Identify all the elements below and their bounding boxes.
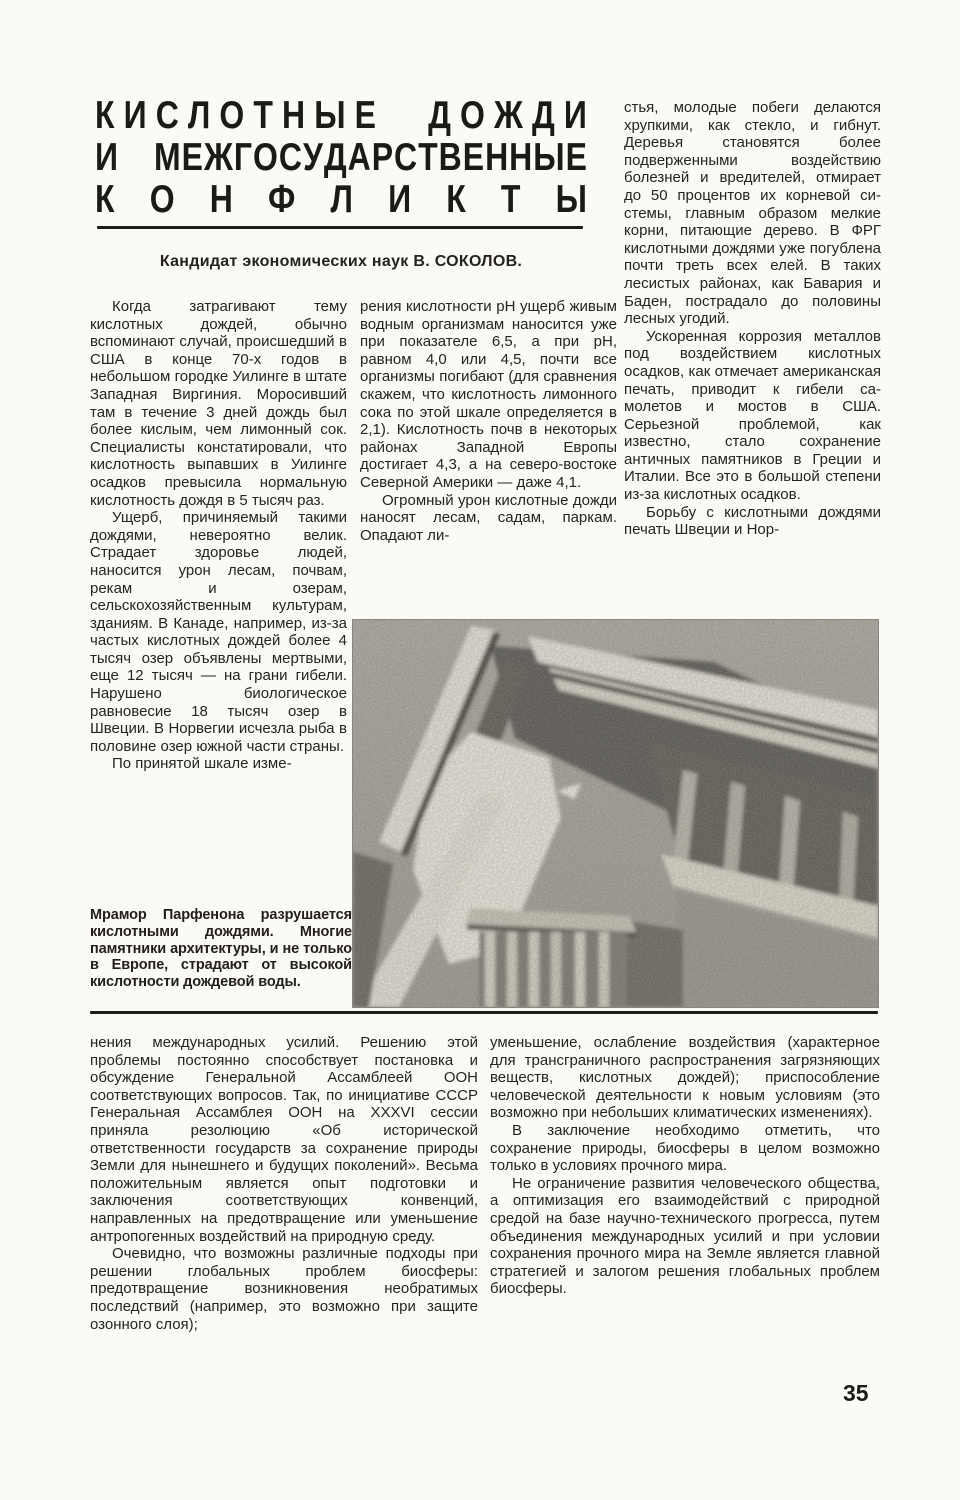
paragraph: Борьбу с кислотными дож­дями печать Швец… <box>624 504 881 539</box>
column-1: Когда затрагивают тему кислотных дождей,… <box>90 298 347 773</box>
column-2: рения кислотности pH ущерб живым водным … <box>360 298 617 544</box>
paragraph: В заключение необходимо отметить, что со… <box>490 1122 880 1175</box>
paragraph: По принятой шкале изме- <box>90 755 347 773</box>
paragraph: нения международных усилий. Решению этой… <box>90 1034 478 1245</box>
title-line-3: КОНФЛИКТЫ <box>95 178 587 219</box>
column-3: стья, молодые побеги дела­ются хрупкими,… <box>624 99 881 539</box>
magazine-page: КИСЛОТНЫЕДОЖДИ ИМЕЖГОСУДАРСТВЕННЫЕ КОНФЛ… <box>0 0 960 1500</box>
bottom-column-1: нения международных усилий. Решению этой… <box>90 1034 478 1333</box>
paragraph: стья, молодые побеги дела­ются хрупкими,… <box>624 99 881 328</box>
parthenon-photo <box>353 620 878 1007</box>
paragraph: Когда затрагивают тему кислотных дождей,… <box>90 298 347 509</box>
section-divider <box>90 1011 878 1014</box>
page-number: 35 <box>843 1380 869 1407</box>
title-line-1: КИСЛОТНЫЕДОЖДИ <box>95 94 587 135</box>
bottom-column-2: уменьшение, ослабление воздействия (ха­р… <box>490 1034 880 1298</box>
paragraph: Ускоренная коррозия ме­таллов под воздей… <box>624 328 881 504</box>
title-divider <box>97 226 583 229</box>
paragraph: Очевидно, что возможны различные под­ход… <box>90 1245 478 1333</box>
paragraph: уменьшение, ослабление воздействия (ха­р… <box>490 1034 880 1122</box>
page-title: КИСЛОТНЫЕДОЖДИ ИМЕЖГОСУДАРСТВЕННЫЕ КОНФЛ… <box>95 94 587 220</box>
paragraph: Не ограничение развития человеческого об… <box>490 1175 880 1298</box>
author-byline: Кандидат экономических наук В. СОКОЛОВ. <box>95 253 587 271</box>
paragraph: Ущерб, причиняемый та­кими дождями, неве… <box>90 509 347 755</box>
paragraph: Огромный урон кислотные дожди наносят ле… <box>360 492 617 545</box>
title-line-2: ИМЕЖГОСУДАРСТВЕННЫЕ <box>95 136 587 177</box>
paragraph: рения кислотности pH ущерб живым водным … <box>360 298 617 492</box>
photo-caption: Мрамор Парфенона разруша­ется кислотными… <box>90 907 352 991</box>
